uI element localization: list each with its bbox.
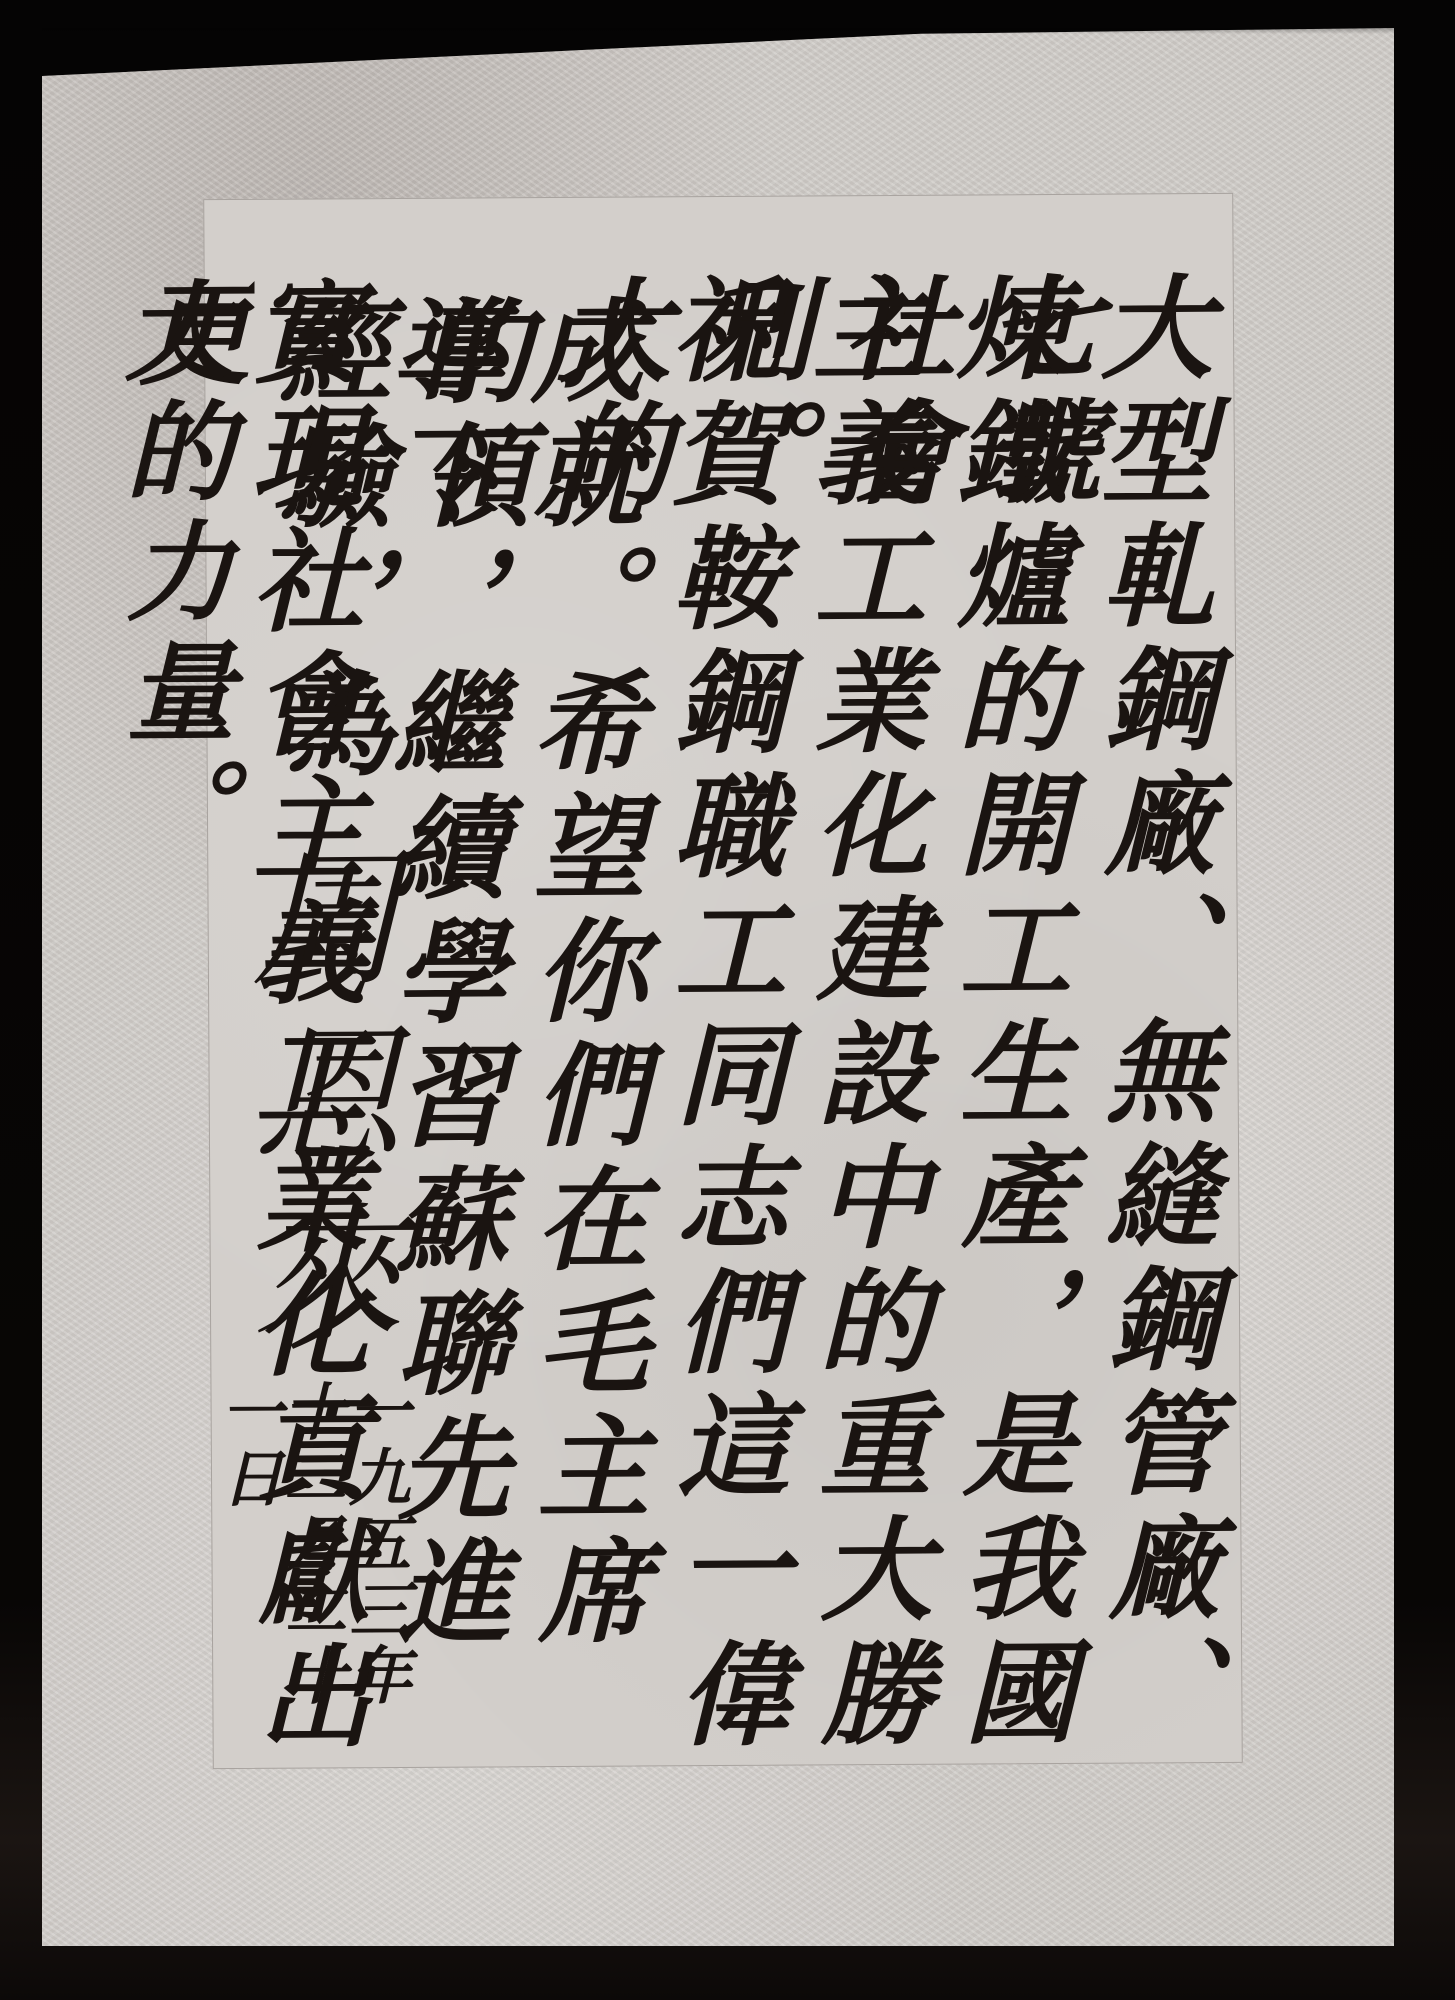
calligraphy-column-8: 大的力量。: [115, 275, 227, 876]
signature: 周恩來: [236, 839, 389, 1374]
mount-top-shadow: [42, 28, 1394, 34]
date-month-day: 十二月二十一日: [215, 1379, 341, 1768]
calligraphy-paper-panel: 大型軋鋼廠、無縫鋼管廠、七號 煉鐵爐的開工生產，是我國社會 主義工業化建設中的重…: [203, 193, 1243, 1769]
date-year: 一九五三年: [342, 1379, 406, 1709]
